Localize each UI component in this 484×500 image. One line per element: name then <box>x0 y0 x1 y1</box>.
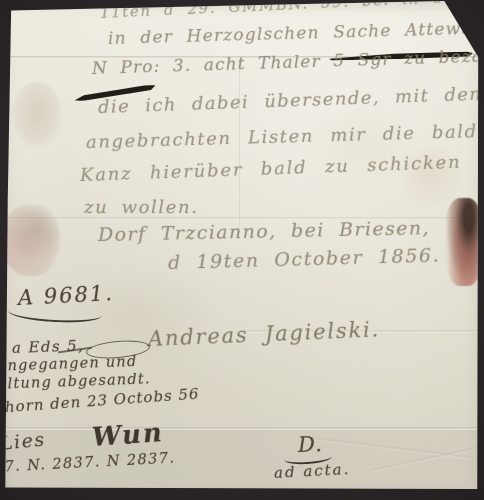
letter-line-5: angebrachten Listen mir die bald= <box>86 121 484 153</box>
wax-seal-residue-right <box>444 198 484 286</box>
letter-line-7: zu wollen. <box>84 197 199 218</box>
letter-photograph: 11ten d 29. GMMBN. 59. bei ih aufgegeben… <box>0 0 484 500</box>
wax-seal-residue-left <box>2 204 60 276</box>
clerk-note-line-1: a Eds 5, <box>12 336 85 357</box>
letter-line-4: die ich dabei übersende, mit den <box>98 84 483 118</box>
sender-signature: Andreas Jagielski. <box>147 317 380 351</box>
stamp-impression-faint <box>12 82 62 148</box>
letter-dateline-date: d 19ten October 1856. <box>168 244 441 274</box>
letter-line-6: Kanz hierüber bald zu schicken <box>80 152 462 186</box>
disposition-mark: D. <box>298 432 324 457</box>
paper-stain <box>395 140 465 210</box>
letter-dateline-place: Dorf Trzcianno, bei Briesen, <box>98 217 430 246</box>
clerk-signature: Wun <box>91 418 165 453</box>
letter-paper: 11ten d 29. GMMBN. 59. bei ih aufgegeben… <box>0 0 484 500</box>
registry-number: A 9681. <box>17 281 114 310</box>
